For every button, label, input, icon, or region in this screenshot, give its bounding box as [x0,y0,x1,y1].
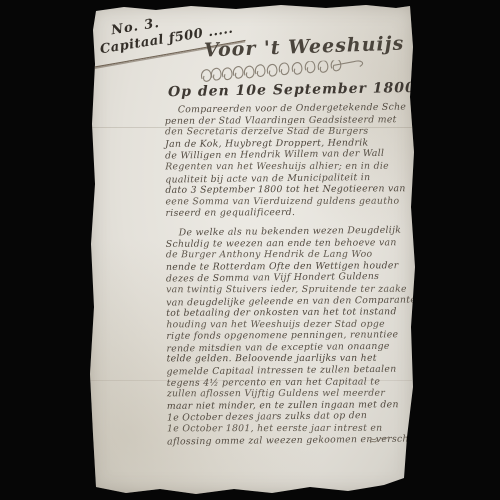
manuscript-line: de Burger Anthony Hendrik de Lang Woo [166,249,416,261]
manuscript-line: den Secretaris derzelve Stad de Burgers [165,126,415,138]
body-text: Compareerden voor de Ondergetekende Sche… [165,102,417,454]
manuscript-line: riseerd en gequalificeerd. [166,206,416,219]
manuscript-paragraph: De welke als nu bekenden wezen Deugdelij… [166,225,418,447]
manuscript-line: zullen aflossen Vijftig Guldens wel meer… [167,388,417,400]
date-line: Op den 10e September 1800. [168,80,422,100]
manuscript-line: qualiteit bij acte van de Municipaliteit… [165,171,415,186]
manuscript-line: houding van het Weeshuijs dezer Stad opg… [166,318,416,330]
manuscript-sheet: No. 3. Capitaal ƒ500 ..... Voor 't Weesh… [86,2,418,496]
manuscript-paragraph: Compareerden voor de Ondergetekende Sche… [165,102,416,220]
photo-stage: No. 3. Capitaal ƒ500 ..... Voor 't Weesh… [0,0,500,500]
manuscript-line: eene Somma van Vierduizend guldens geaut… [165,195,415,207]
manuscript-line: van deugdelijke geleende en van den Comp… [166,294,416,309]
